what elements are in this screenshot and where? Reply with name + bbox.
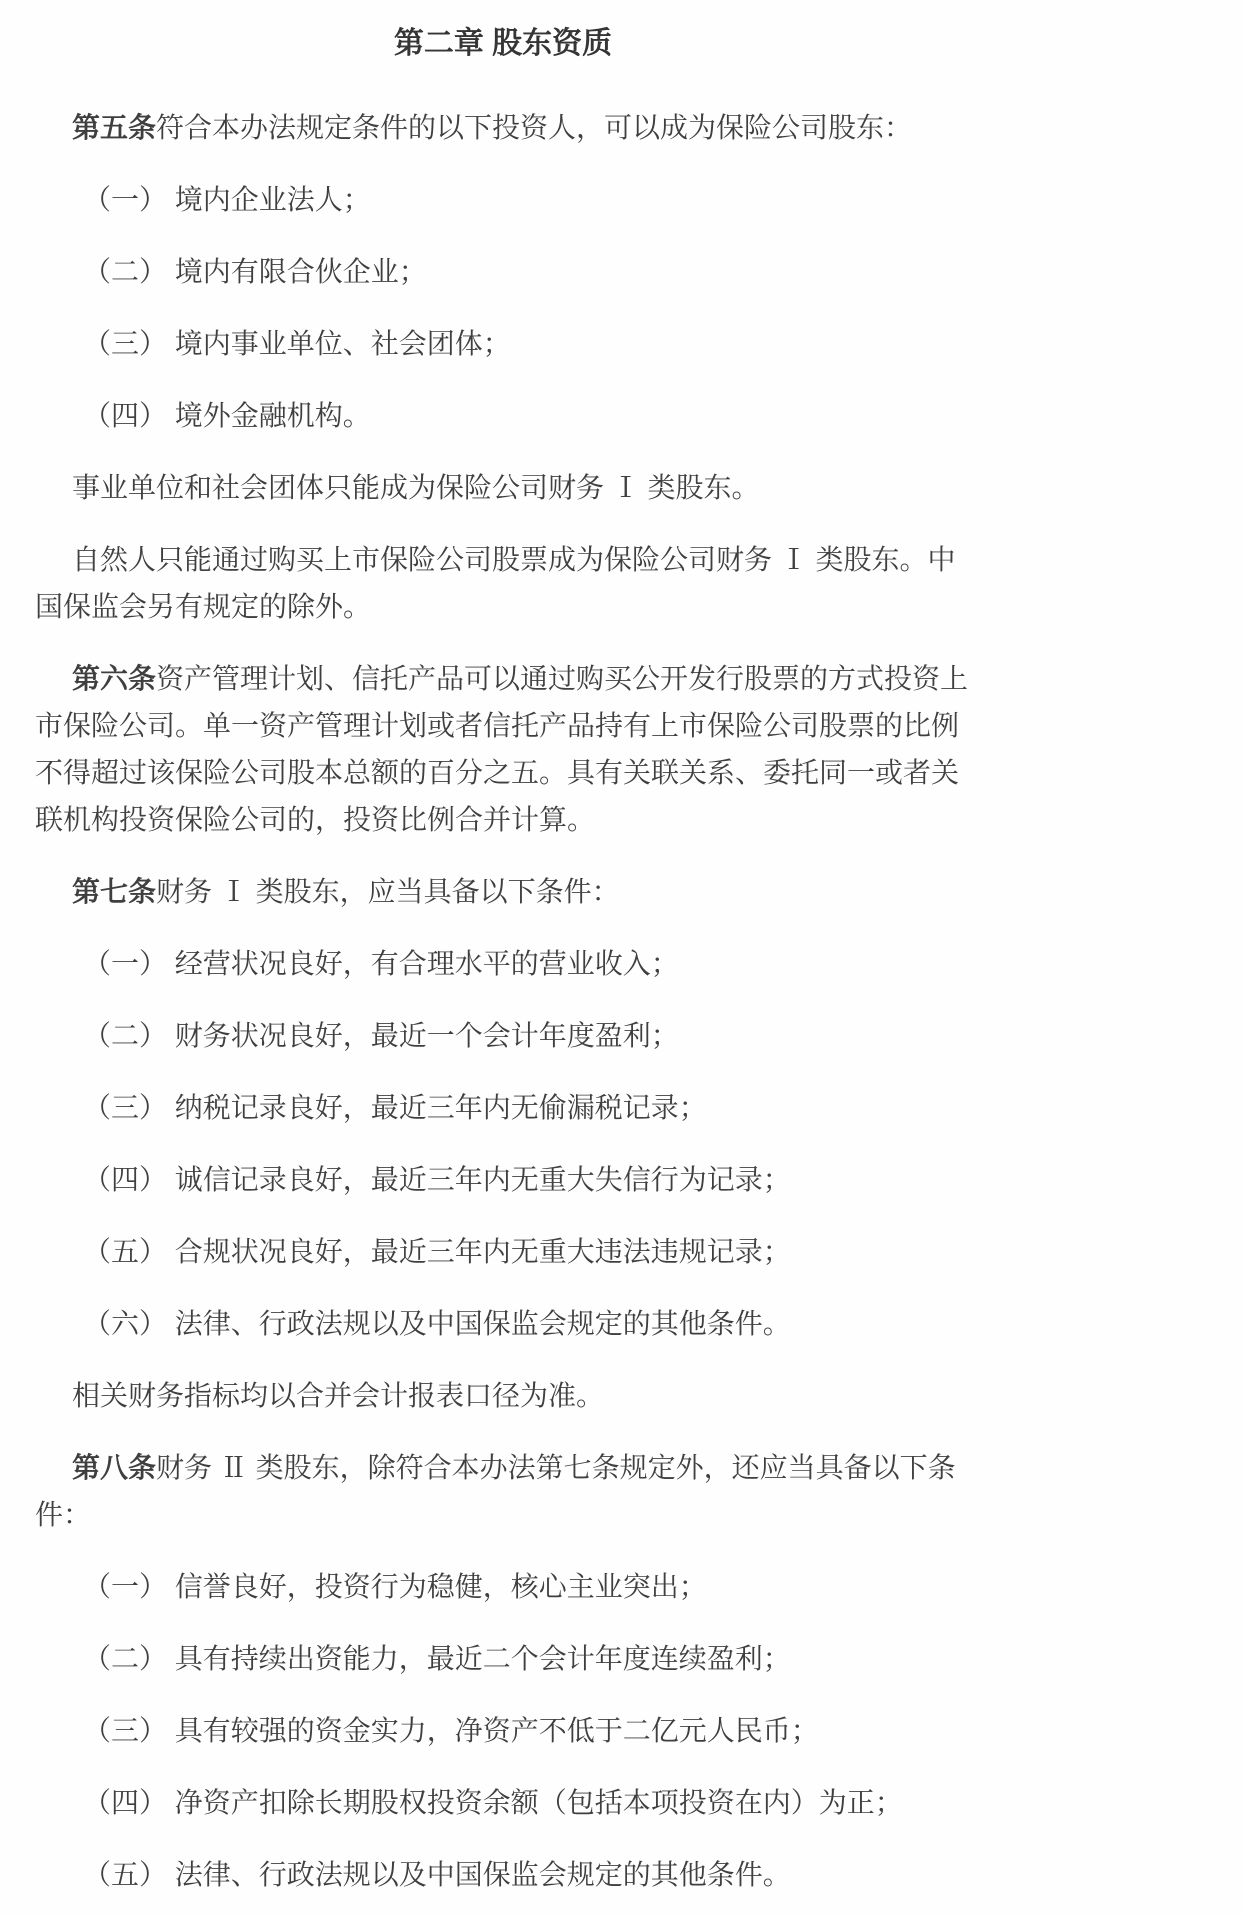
article-6-text: 资产管理计划、信托产品可以通过购买公开发行股票的方式投资上市保险公司。单一资产管… [35,663,968,835]
article-7-number: 第七条 [72,876,156,907]
article-5-number: 第五条 [72,112,156,143]
item-8-4: （四） 净资产扣除长期股权投资余额（包括本项投资在内）为正； [35,1779,971,1826]
article-6-number: 第六条 [72,663,156,694]
item-7-3: （三） 纳税记录良好，最近三年内无偷漏税记录； [35,1084,971,1131]
para-institutions-note: 事业单位和社会团体只能成为保险公司财务 Ⅰ 类股东。 [35,464,971,511]
article-8-paragraph: 第八条财务 Ⅱ 类股东，除符合本办法第七条规定外，还应当具备以下条件： [35,1444,971,1538]
article-8-text: 财务 Ⅱ 类股东，除符合本办法第七条规定外，还应当具备以下条件： [35,1452,956,1530]
item-5-1: （一） 境内企业法人； [35,176,971,223]
item-7-1: （一） 经营状况良好，有合理水平的营业收入； [35,940,971,987]
document-page: 第二章 股东资质 第五条符合本办法规定条件的以下投资人，可以成为保险公司股东： … [35,0,971,1898]
para-natural-persons-note: 自然人只能通过购买上市保险公司股票成为保险公司财务 Ⅰ 类股东。中国保监会另有规… [35,536,971,630]
item-5-3: （三） 境内事业单位、社会团体； [35,320,971,367]
item-7-6: （六） 法律、行政法规以及中国保监会规定的其他条件。 [35,1300,971,1347]
article-7-paragraph: 第七条财务 Ⅰ 类股东，应当具备以下条件： [35,868,971,915]
item-8-1: （一） 信誉良好，投资行为稳健，核心主业突出； [35,1563,971,1610]
item-8-2: （二） 具有持续出资能力，最近二个会计年度连续盈利； [35,1635,971,1682]
item-7-5: （五） 合规状况良好，最近三年内无重大违法违规记录； [35,1228,971,1275]
item-5-2: （二） 境内有限合伙企业； [35,248,971,295]
item-8-3: （三） 具有较强的资金实力，净资产不低于二亿元人民币； [35,1707,971,1754]
item-7-4: （四） 诚信记录良好，最近三年内无重大失信行为记录； [35,1156,971,1203]
article-5-paragraph: 第五条符合本办法规定条件的以下投资人，可以成为保险公司股东： [35,104,971,151]
article-8-number: 第八条 [72,1452,156,1483]
item-5-4: （四） 境外金融机构。 [35,392,971,439]
item-8-5: （五） 法律、行政法规以及中国保监会规定的其他条件。 [35,1851,971,1898]
article-7-text: 财务 Ⅰ 类股东，应当具备以下条件： [156,876,620,907]
item-7-2: （二） 财务状况良好，最近一个会计年度盈利； [35,1012,971,1059]
article-5-text: 符合本办法规定条件的以下投资人，可以成为保险公司股东： [156,112,912,143]
para-financial-indicators-note: 相关财务指标均以合并会计报表口径为准。 [35,1372,971,1419]
article-6-paragraph: 第六条资产管理计划、信托产品可以通过购买公开发行股票的方式投资上市保险公司。单一… [35,655,971,843]
chapter-title: 第二章 股东资质 [35,20,971,68]
